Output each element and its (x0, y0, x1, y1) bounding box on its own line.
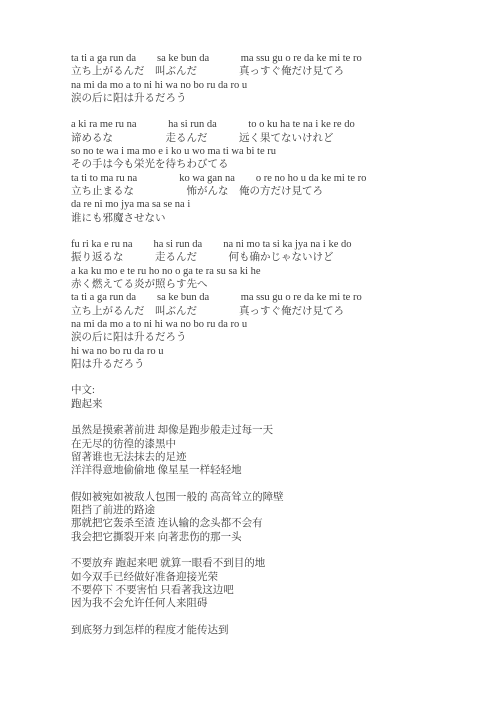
lyric-line: na mi da mo a to ni hi wa no bo ru da ro… (71, 318, 480, 331)
chinese-stanza: 假如被宛如被敌人包围一般的 高高耸立的障壁阻挡了前进的路途那就把它轰杀至渣 连认… (71, 491, 480, 544)
lyric-line: 立ち上がるんだ 叫ぶんだ 真っすぐ俺だけ見てろ (71, 305, 480, 318)
lyric-line: 阻挡了前进的路途 (71, 504, 480, 517)
chinese-section-header: 中文:跑起来 (71, 384, 480, 411)
lyric-line: 谁にも邪魔させない (71, 212, 480, 225)
chinese-stanza: 不要放弃 跑起来吧 就算一眼看不到目的地如今双手已经做好准备迎接光荣不要停下 不… (71, 557, 480, 610)
lyric-line: ta ti a ga run da sa ke bun da ma ssu gu… (71, 52, 480, 65)
lyric-line: 我会把它撕裂开来 向著悲伤的那一头 (71, 531, 480, 544)
lyric-line: 立ち上がるんだ 叫ぶんだ 真っすぐ俺だけ見てろ (71, 65, 480, 78)
lyric-line: 涙の后に阳は升るだろう (71, 331, 480, 344)
lyric-line: 赤く燃えてる炎が照らす先へ (71, 278, 480, 291)
lyric-line: ta ti a ga run da sa ke bun da ma ssu gu… (71, 291, 480, 304)
lyric-line: 在无尽的彷徨的漆黑中 (71, 438, 480, 451)
lyric-line: 如今双手已经做好准备迎接光荣 (71, 571, 480, 584)
lyric-line: so no te wa i ma mo e i ko u wo ma ti wa… (71, 145, 480, 158)
japanese-stanza: fu ri ka e ru na ha si run da na ni mo t… (71, 238, 480, 371)
japanese-stanza: a ki ra me ru na ha si run da to o ku ha… (71, 118, 480, 224)
lyric-line: 到底努力到怎样的程度才能传达到 (71, 624, 480, 637)
lyric-line: 因为我不会允许任何人来阻碍 (71, 597, 480, 610)
lyric-line: 洋洋得意地偷偷地 像星星一样轻轻地 (71, 464, 480, 477)
lyric-line: 立ち止まるな 怖がんな 俺の方だけ見てろ (71, 185, 480, 198)
lyric-line: fu ri ka e ru na ha si run da na ni mo t… (71, 238, 480, 251)
lyric-line: hi wa no bo ru da ro u (71, 345, 480, 358)
chinese-stanza: 虽然是摸索著前进 却像是跑步般走过每一天在无尽的彷徨的漆黑中留著谁也无法抹去的足… (71, 424, 480, 477)
lyric-line: 留著谁也无法抹去的足迹 (71, 451, 480, 464)
lyric-line: 虽然是摸索著前进 却像是跑步般走过每一天 (71, 424, 480, 437)
lyric-line: a ka ku mo e te ru ho no o ga te ra su s… (71, 265, 480, 278)
lyrics-content: ta ti a ga run da sa ke bun da ma ssu gu… (71, 52, 480, 637)
lyric-line: a ki ra me ru na ha si run da to o ku ha… (71, 118, 480, 131)
lyric-line: 那就把它轰杀至渣 连认输的念头都不会有 (71, 517, 480, 530)
lyrics-page: ta ti a ga run da sa ke bun da ma ssu gu… (0, 0, 500, 708)
japanese-stanza: ta ti a ga run da sa ke bun da ma ssu gu… (71, 52, 480, 105)
lyric-line: 振り返るな 走るんだ 何も确かじゃないけど (71, 251, 480, 264)
lyric-line: na mi da mo a to ni hi wa no bo ru da ro… (71, 79, 480, 92)
lyric-line: その手は今も栄光を待ちわびてる (71, 158, 480, 171)
chinese-section-label: 中文: (71, 384, 480, 397)
lyric-line: 阳は升るだろう (71, 358, 480, 371)
lyric-line: 涙の后に阳は升るだろう (71, 92, 480, 105)
lyric-line: 不要放弃 跑起来吧 就算一眼看不到目的地 (71, 557, 480, 570)
lyric-line: 假如被宛如被敌人包围一般的 高高耸立的障壁 (71, 491, 480, 504)
lyric-line: 谛めるな 走るんだ 远く果てないけれど (71, 132, 480, 145)
lyric-line: ta ti to ma ru na ko wa gan na o re no h… (71, 172, 480, 185)
chinese-stanza: 到底努力到怎样的程度才能传达到 (71, 624, 480, 637)
lyric-line: da re ni mo jya ma sa se na i (71, 198, 480, 211)
song-title-line: 跑起来 (71, 398, 480, 411)
lyric-line: 不要停下 不要害怕 只看著我这边吧 (71, 584, 480, 597)
